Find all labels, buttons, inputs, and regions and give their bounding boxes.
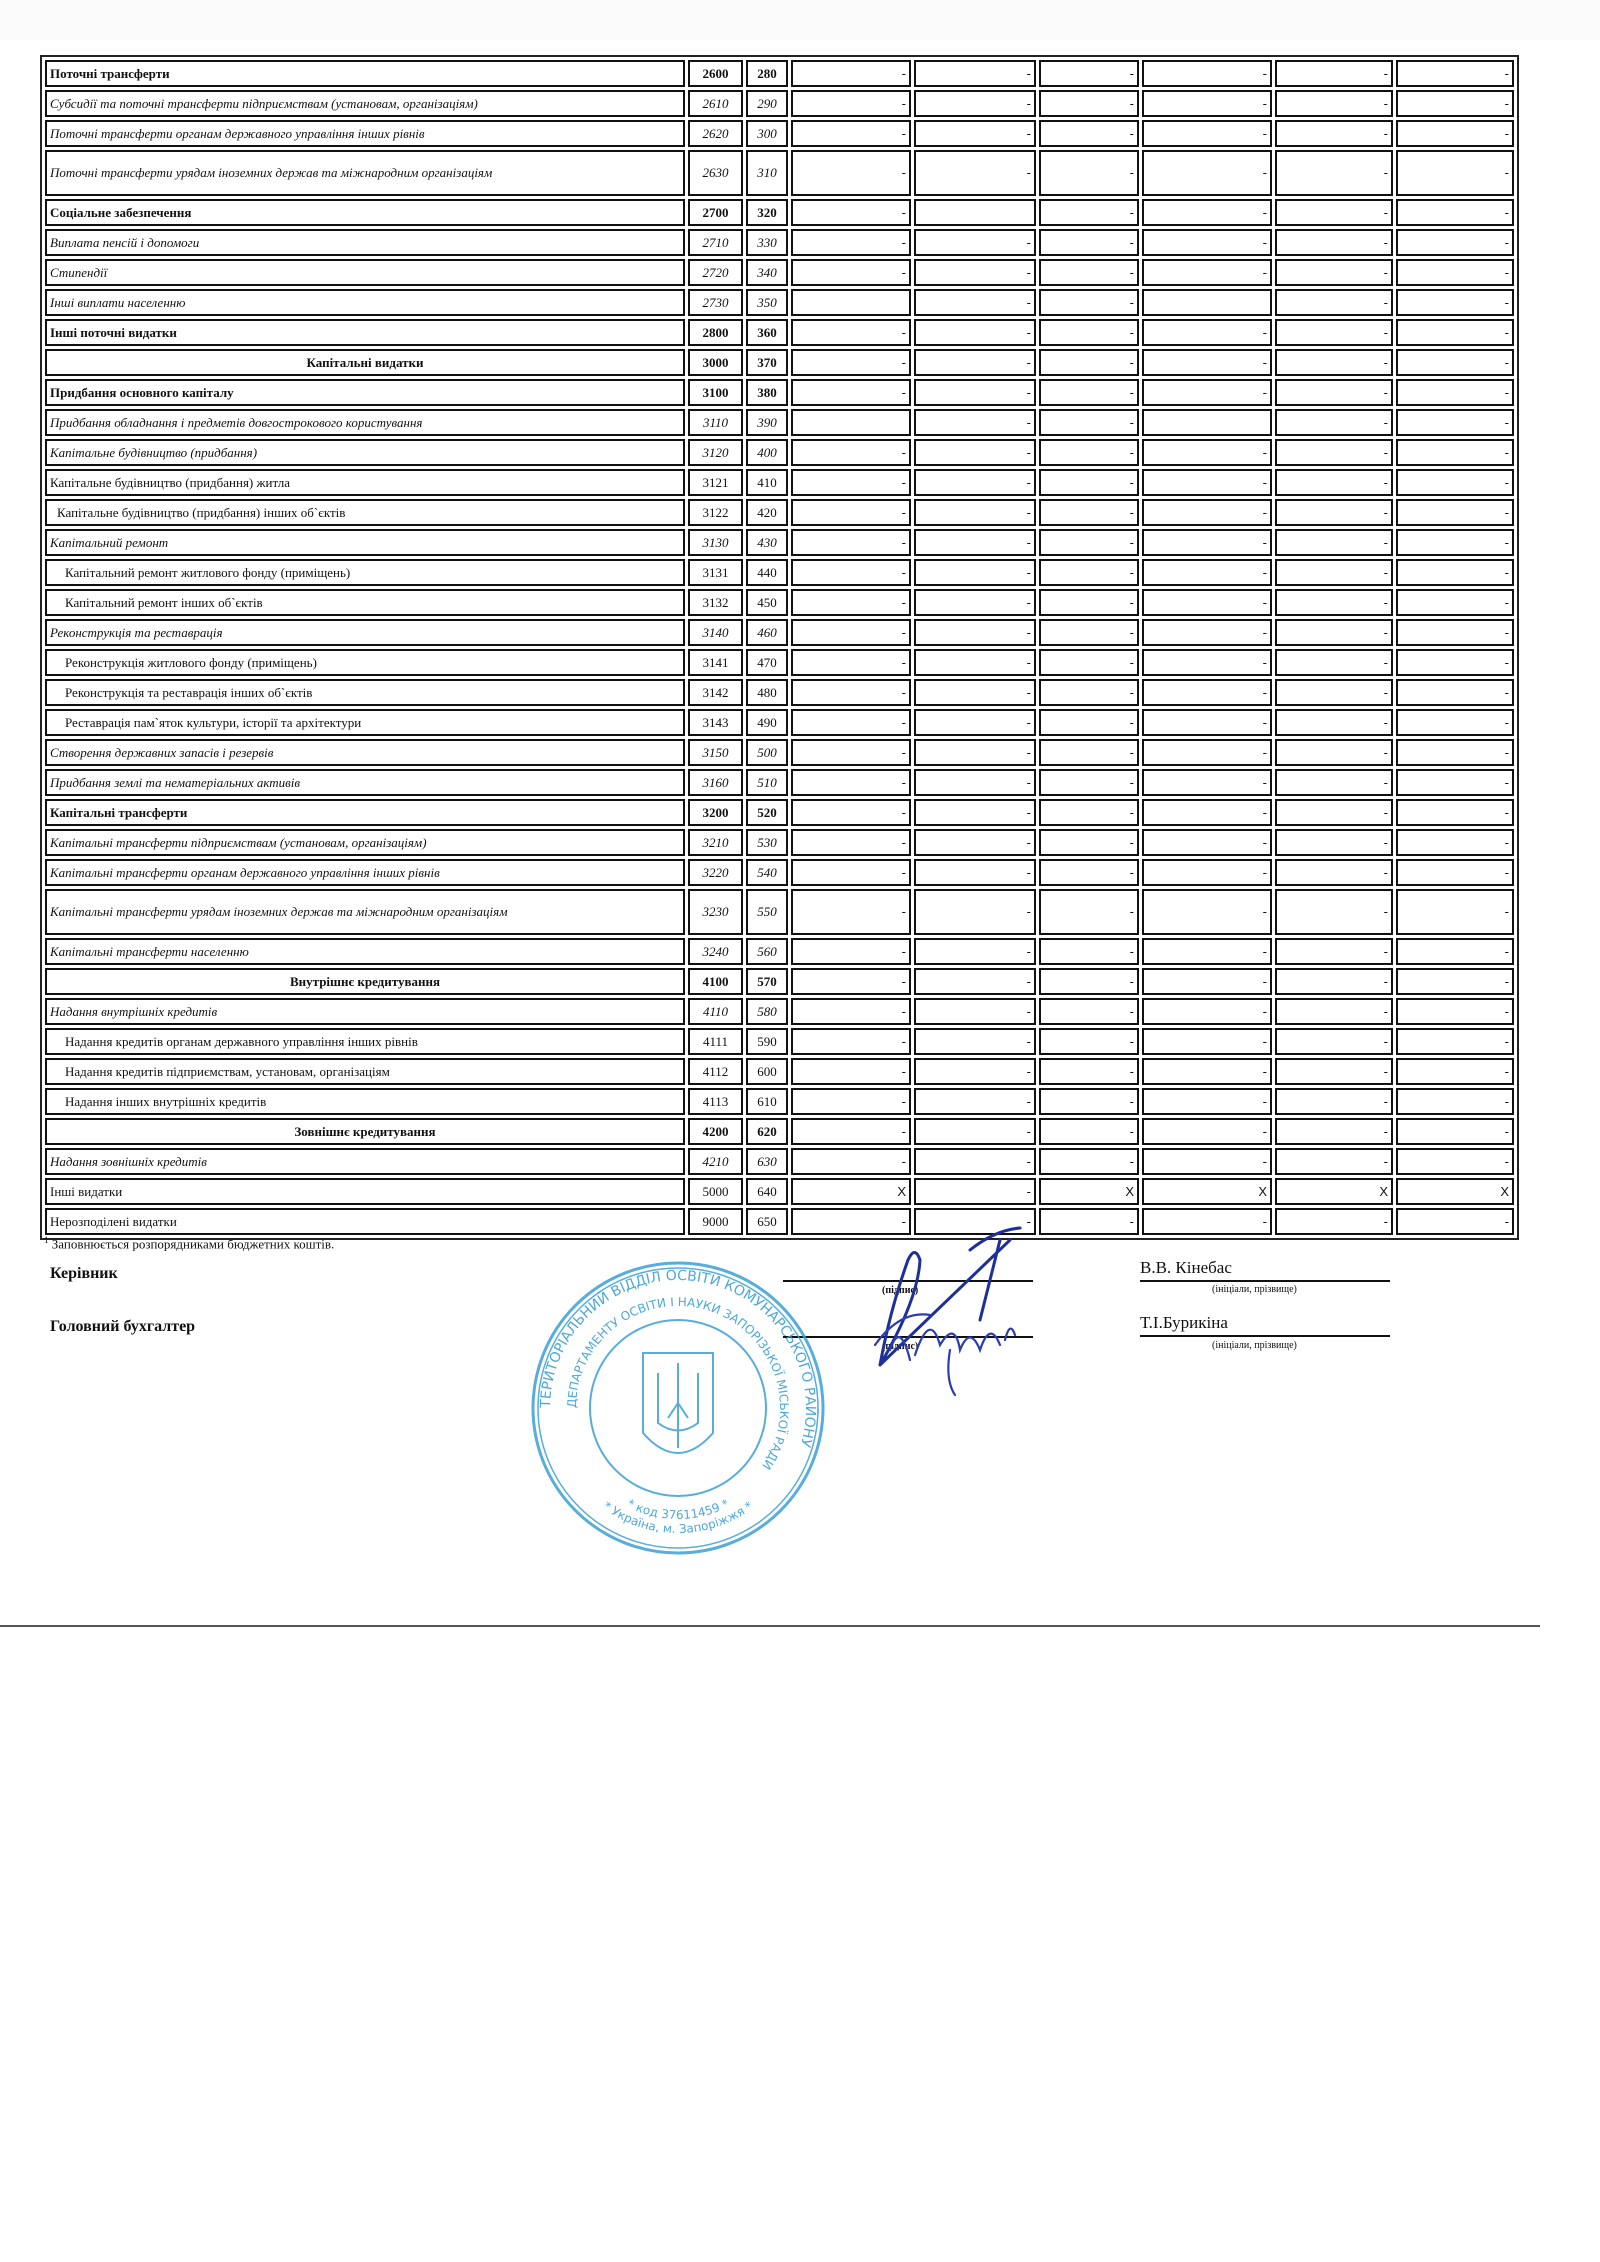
value-cell: - <box>1275 968 1393 995</box>
value-cell: - <box>1396 289 1514 316</box>
row-line-number: 480 <box>746 679 788 706</box>
row-code: 3121 <box>688 469 743 496</box>
table-row: Капітальне будівництво (придбання)312040… <box>45 439 1514 466</box>
value-cell: - <box>1275 120 1393 147</box>
value-cell: - <box>914 679 1036 706</box>
row-line-number: 510 <box>746 769 788 796</box>
value-cell: - <box>1396 589 1514 616</box>
scan-bottom-edge <box>0 1625 1540 1627</box>
value-cell: - <box>914 90 1036 117</box>
row-code: 4200 <box>688 1118 743 1145</box>
value-cell: - <box>1275 1118 1393 1145</box>
value-cell: - <box>1142 379 1272 406</box>
value-cell: - <box>1142 439 1272 466</box>
row-code: 3240 <box>688 938 743 965</box>
row-label: Поточні трансферти урядам іноземних держ… <box>45 150 685 196</box>
row-label: Створення державних запасів і резервів <box>45 739 685 766</box>
value-cell: - <box>914 889 1036 935</box>
value-cell: - <box>1396 938 1514 965</box>
value-cell: - <box>914 120 1036 147</box>
row-line-number: 290 <box>746 90 788 117</box>
value-cell: - <box>1275 1148 1393 1175</box>
value-cell: - <box>1396 739 1514 766</box>
row-line-number: 460 <box>746 619 788 646</box>
value-cell: - <box>1396 379 1514 406</box>
footnote: 1 Заповнюється розпорядниками бюджетних … <box>44 1235 334 1252</box>
row-line-number: 450 <box>746 589 788 616</box>
table-row: Капітальні трансферти населенню3240560--… <box>45 938 1514 965</box>
value-cell: - <box>1396 60 1514 87</box>
value-cell: - <box>914 60 1036 87</box>
row-label: Надання кредитів підприємствам, установа… <box>45 1058 685 1085</box>
value-cell: - <box>1275 889 1393 935</box>
row-code: 5000 <box>688 1178 743 1205</box>
value-cell: - <box>1039 649 1139 676</box>
value-cell: - <box>1039 619 1139 646</box>
row-code: 3220 <box>688 859 743 886</box>
value-cell: - <box>791 1058 911 1085</box>
row-code: 4112 <box>688 1058 743 1085</box>
row-label: Виплата пенсій і допомоги <box>45 229 685 256</box>
value-cell <box>791 409 911 436</box>
value-cell: - <box>1039 1148 1139 1175</box>
row-code: 3140 <box>688 619 743 646</box>
value-cell: - <box>1039 409 1139 436</box>
value-cell <box>1142 409 1272 436</box>
table-row: Створення державних запасів і резервів31… <box>45 739 1514 766</box>
value-cell: - <box>1039 499 1139 526</box>
row-label: Капітальні трансферти населенню <box>45 938 685 965</box>
row-code: 4210 <box>688 1148 743 1175</box>
table-row: Капітальні трансферти3200520------ <box>45 799 1514 826</box>
row-line-number: 540 <box>746 859 788 886</box>
row-label: Капітальні трансферти органам державного… <box>45 859 685 886</box>
value-cell: - <box>1275 619 1393 646</box>
row-code: 3120 <box>688 439 743 466</box>
value-cell: - <box>914 349 1036 376</box>
value-cell: - <box>1275 1058 1393 1085</box>
value-cell: - <box>1275 589 1393 616</box>
value-cell: - <box>1142 649 1272 676</box>
row-line-number: 300 <box>746 120 788 147</box>
value-cell: - <box>1142 1088 1272 1115</box>
row-code: 3110 <box>688 409 743 436</box>
value-cell: - <box>1396 229 1514 256</box>
row-line-number: 380 <box>746 379 788 406</box>
row-code: 2800 <box>688 319 743 346</box>
value-cell: - <box>1142 968 1272 995</box>
table-row: Реконструкція та реставрація інших об`єк… <box>45 679 1514 706</box>
value-cell: - <box>914 559 1036 586</box>
row-label: Надання внутрішніх кредитів <box>45 998 685 1025</box>
value-cell: - <box>1275 409 1393 436</box>
row-line-number: 560 <box>746 938 788 965</box>
row-label: Інші виплати населенню <box>45 289 685 316</box>
value-cell: - <box>791 769 911 796</box>
row-line-number: 630 <box>746 1148 788 1175</box>
value-cell: - <box>1275 799 1393 826</box>
value-cell: - <box>914 229 1036 256</box>
row-code: 9000 <box>688 1208 743 1235</box>
table-row: Капітальне будівництво (придбання) інших… <box>45 499 1514 526</box>
value-cell: - <box>914 1088 1036 1115</box>
value-cell: - <box>1142 1058 1272 1085</box>
value-cell: X <box>1039 1178 1139 1205</box>
value-cell: - <box>914 829 1036 856</box>
row-line-number: 360 <box>746 319 788 346</box>
value-cell: - <box>1275 60 1393 87</box>
value-cell: - <box>791 120 911 147</box>
row-line-number: 350 <box>746 289 788 316</box>
row-label: Поточні трансферти <box>45 60 685 87</box>
value-cell: - <box>1142 529 1272 556</box>
head-role-label: Керівник <box>50 1265 118 1283</box>
value-cell: - <box>1142 319 1272 346</box>
row-label: Субсидії та поточні трансферти підприємс… <box>45 90 685 117</box>
value-cell: - <box>1396 499 1514 526</box>
value-cell: - <box>1142 499 1272 526</box>
row-label: Зовнішнє кредитування <box>45 1118 685 1145</box>
table-row: Поточні трансферти урядам іноземних держ… <box>45 150 1514 196</box>
value-cell: - <box>1396 619 1514 646</box>
row-label: Стипендії <box>45 259 685 286</box>
row-code: 2630 <box>688 150 743 196</box>
table-row: Капітальний ремонт3130430------ <box>45 529 1514 556</box>
table-row: Внутрішнє кредитування4100570------ <box>45 968 1514 995</box>
value-cell: - <box>1275 150 1393 196</box>
row-line-number: 550 <box>746 889 788 935</box>
row-line-number: 440 <box>746 559 788 586</box>
value-cell: - <box>1396 529 1514 556</box>
row-code: 3130 <box>688 529 743 556</box>
value-cell: - <box>1142 889 1272 935</box>
value-cell: - <box>1039 60 1139 87</box>
value-cell: - <box>1275 229 1393 256</box>
row-label: Соціальне забезпечення <box>45 199 685 226</box>
value-cell: - <box>1396 649 1514 676</box>
table-row: Стипендії2720340------ <box>45 259 1514 286</box>
row-code: 3100 <box>688 379 743 406</box>
value-cell: X <box>1396 1178 1514 1205</box>
table-row: Капітальні трансферти органам державного… <box>45 859 1514 886</box>
table-row: Придбання основного капіталу3100380-----… <box>45 379 1514 406</box>
row-label: Нерозподілені видатки <box>45 1208 685 1235</box>
table-row: Інші поточні видатки2800360------ <box>45 319 1514 346</box>
row-label: Капітальний ремонт житлового фонду (прим… <box>45 559 685 586</box>
value-cell: X <box>1142 1178 1272 1205</box>
value-cell: - <box>1396 799 1514 826</box>
value-cell: - <box>1396 199 1514 226</box>
value-cell: X <box>1275 1178 1393 1205</box>
table-row: Придбання обладнання і предметів довгост… <box>45 409 1514 436</box>
value-cell: - <box>914 469 1036 496</box>
value-cell: - <box>791 938 911 965</box>
row-label: Реконструкція та реставрація <box>45 619 685 646</box>
value-cell: - <box>1039 589 1139 616</box>
value-cell: - <box>791 559 911 586</box>
row-code: 3141 <box>688 649 743 676</box>
value-cell: - <box>791 829 911 856</box>
row-label: Надання кредитів органам державного упра… <box>45 1028 685 1055</box>
row-label: Капітальні видатки <box>45 349 685 376</box>
row-code: 2620 <box>688 120 743 147</box>
value-cell: - <box>1275 289 1393 316</box>
table-row: Реконструкція житлового фонду (приміщень… <box>45 649 1514 676</box>
row-label: Капітальні трансферти підприємствам (уст… <box>45 829 685 856</box>
value-cell: - <box>791 889 911 935</box>
row-label: Капітальні трансферти урядам іноземних д… <box>45 889 685 935</box>
value-cell: - <box>1039 319 1139 346</box>
scan-top-edge <box>0 0 1600 40</box>
value-cell: - <box>1039 559 1139 586</box>
value-cell: - <box>1275 439 1393 466</box>
value-cell: - <box>791 709 911 736</box>
value-cell: - <box>1039 439 1139 466</box>
value-cell: - <box>1039 379 1139 406</box>
value-cell: - <box>791 799 911 826</box>
table-row: Надання внутрішніх кредитів4110580------ <box>45 998 1514 1025</box>
value-cell: - <box>1039 1058 1139 1085</box>
row-line-number: 320 <box>746 199 788 226</box>
row-code: 3000 <box>688 349 743 376</box>
row-line-number: 650 <box>746 1208 788 1235</box>
value-cell: - <box>1039 938 1139 965</box>
value-cell: - <box>791 739 911 766</box>
value-cell: - <box>1039 529 1139 556</box>
row-line-number: 340 <box>746 259 788 286</box>
value-cell: - <box>1275 709 1393 736</box>
value-cell: - <box>1396 859 1514 886</box>
head-name: В.В. Кінебас <box>1140 1258 1232 1278</box>
value-cell: - <box>1275 199 1393 226</box>
value-cell: - <box>1039 469 1139 496</box>
value-cell: - <box>791 1148 911 1175</box>
value-cell: - <box>1142 589 1272 616</box>
table-row: Надання кредитів органам державного упра… <box>45 1028 1514 1055</box>
value-cell: - <box>1396 469 1514 496</box>
value-cell: - <box>1275 739 1393 766</box>
row-code: 2700 <box>688 199 743 226</box>
value-cell: - <box>1396 998 1514 1025</box>
row-label: Капітальне будівництво (придбання) інших… <box>45 499 685 526</box>
value-cell: - <box>791 1088 911 1115</box>
row-label: Придбання основного капіталу <box>45 379 685 406</box>
table-row: Надання кредитів підприємствам, установа… <box>45 1058 1514 1085</box>
value-cell: - <box>1039 859 1139 886</box>
value-cell: - <box>791 349 911 376</box>
row-label: Придбання землі та нематеріальних активі… <box>45 769 685 796</box>
row-line-number: 420 <box>746 499 788 526</box>
row-label: Реконструкція житлового фонду (приміщень… <box>45 649 685 676</box>
value-cell: - <box>791 859 911 886</box>
value-cell: - <box>1396 709 1514 736</box>
value-cell: - <box>1142 769 1272 796</box>
row-line-number: 530 <box>746 829 788 856</box>
row-code: 4111 <box>688 1028 743 1055</box>
row-line-number: 330 <box>746 229 788 256</box>
row-code: 2730 <box>688 289 743 316</box>
value-cell: - <box>1275 319 1393 346</box>
value-cell: - <box>791 649 911 676</box>
expenditure-table: Поточні трансферти2600280------Субсидії … <box>40 55 1519 1240</box>
row-code: 3210 <box>688 829 743 856</box>
row-line-number: 470 <box>746 649 788 676</box>
table-row: Зовнішнє кредитування4200620------ <box>45 1118 1514 1145</box>
table-row: Інші видатки5000640X-XXXX <box>45 1178 1514 1205</box>
value-cell: - <box>791 319 911 346</box>
row-line-number: 640 <box>746 1178 788 1205</box>
table-row: Інші виплати населенню2730350---- <box>45 289 1514 316</box>
row-line-number: 590 <box>746 1028 788 1055</box>
value-cell: - <box>1396 439 1514 466</box>
table-row: Поточні трансферти2600280------ <box>45 60 1514 87</box>
value-cell: - <box>1142 469 1272 496</box>
value-cell: - <box>1142 829 1272 856</box>
value-cell: - <box>791 529 911 556</box>
value-cell: - <box>791 1028 911 1055</box>
value-cell: - <box>914 379 1036 406</box>
value-cell: - <box>914 1148 1036 1175</box>
value-cell: - <box>1142 349 1272 376</box>
row-line-number: 520 <box>746 799 788 826</box>
value-cell: - <box>1396 409 1514 436</box>
row-line-number: 370 <box>746 349 788 376</box>
value-cell: - <box>1039 1088 1139 1115</box>
value-cell: - <box>1275 1208 1393 1235</box>
value-cell: - <box>914 589 1036 616</box>
row-line-number: 400 <box>746 439 788 466</box>
row-code: 4113 <box>688 1088 743 1115</box>
value-cell: - <box>914 968 1036 995</box>
head-name-line <box>1140 1280 1390 1282</box>
value-cell: - <box>1396 1028 1514 1055</box>
value-cell: - <box>1275 769 1393 796</box>
row-label: Реконструкція та реставрація інших об`єк… <box>45 679 685 706</box>
value-cell: - <box>1142 739 1272 766</box>
value-cell: - <box>914 150 1036 196</box>
value-cell: - <box>914 649 1036 676</box>
value-cell: - <box>1275 829 1393 856</box>
value-cell: - <box>1142 1148 1272 1175</box>
value-cell: - <box>914 319 1036 346</box>
value-cell: - <box>1275 499 1393 526</box>
value-cell: - <box>1142 1028 1272 1055</box>
row-label: Надання зовнішніх кредитів <box>45 1148 685 1175</box>
value-cell: - <box>1396 1088 1514 1115</box>
value-cell: - <box>791 379 911 406</box>
value-cell: - <box>914 998 1036 1025</box>
value-cell: - <box>1275 259 1393 286</box>
value-cell: - <box>1142 679 1272 706</box>
value-cell: - <box>1275 469 1393 496</box>
value-cell: - <box>791 60 911 87</box>
row-label: Інші поточні видатки <box>45 319 685 346</box>
value-cell: - <box>1142 938 1272 965</box>
official-stamp: ТЕРИТОРІАЛЬНИЙ ВІДДІЛ ОСВІТИ КОМУНАРСЬКО… <box>528 1258 828 1558</box>
row-label: Придбання обладнання і предметів довгост… <box>45 409 685 436</box>
value-cell: - <box>1039 769 1139 796</box>
value-cell: - <box>1142 1208 1272 1235</box>
value-cell: - <box>1039 709 1139 736</box>
row-line-number: 580 <box>746 998 788 1025</box>
row-line-number: 570 <box>746 968 788 995</box>
value-cell: - <box>914 439 1036 466</box>
value-cell: - <box>914 1058 1036 1085</box>
value-cell: - <box>1142 559 1272 586</box>
value-cell: - <box>914 1028 1036 1055</box>
row-label: Інші видатки <box>45 1178 685 1205</box>
row-line-number: 430 <box>746 529 788 556</box>
value-cell: - <box>791 589 911 616</box>
value-cell: - <box>1275 679 1393 706</box>
value-cell: - <box>1396 90 1514 117</box>
value-cell: - <box>1039 889 1139 935</box>
row-label: Реставрація пам`яток культури, історії т… <box>45 709 685 736</box>
value-cell: - <box>1396 349 1514 376</box>
value-cell: - <box>1039 1028 1139 1055</box>
value-cell: - <box>1142 120 1272 147</box>
value-cell: - <box>1039 90 1139 117</box>
value-cell: - <box>914 769 1036 796</box>
value-cell: - <box>791 439 911 466</box>
value-cell: - <box>1142 799 1272 826</box>
row-line-number: 410 <box>746 469 788 496</box>
row-code: 2720 <box>688 259 743 286</box>
value-cell: - <box>791 90 911 117</box>
value-cell: - <box>914 709 1036 736</box>
accountant-name-caption: (ініціали, прізвище) <box>1212 1340 1297 1351</box>
accountant-name: Т.І.Бурикіна <box>1140 1313 1228 1333</box>
accountant-role-label: Головний бухгалтер <box>50 1318 195 1336</box>
row-code: 2610 <box>688 90 743 117</box>
value-cell: - <box>1275 998 1393 1025</box>
trident-emblem-icon <box>643 1353 713 1453</box>
value-cell: - <box>791 619 911 646</box>
row-code: 3150 <box>688 739 743 766</box>
value-cell: - <box>914 619 1036 646</box>
value-cell: - <box>1142 859 1272 886</box>
value-cell: - <box>1396 1118 1514 1145</box>
value-cell: - <box>791 259 911 286</box>
row-label: Капітальне будівництво (придбання) житла <box>45 469 685 496</box>
value-cell: - <box>1142 259 1272 286</box>
value-cell: - <box>1142 199 1272 226</box>
row-label: Поточні трансферти органам державного уп… <box>45 120 685 147</box>
value-cell: - <box>1142 998 1272 1025</box>
row-label: Капітальні трансферти <box>45 799 685 826</box>
value-cell: - <box>1039 739 1139 766</box>
table-row: Виплата пенсій і допомоги2710330------ <box>45 229 1514 256</box>
value-cell: - <box>1275 529 1393 556</box>
value-cell: - <box>791 679 911 706</box>
value-cell: - <box>1396 829 1514 856</box>
value-cell: - <box>791 499 911 526</box>
row-code: 3132 <box>688 589 743 616</box>
value-cell: - <box>1039 679 1139 706</box>
value-cell: - <box>1142 150 1272 196</box>
table-row: Надання зовнішніх кредитів4210630------ <box>45 1148 1514 1175</box>
value-cell: - <box>1039 968 1139 995</box>
value-cell: - <box>791 199 911 226</box>
value-cell: - <box>914 259 1036 286</box>
row-code: 3200 <box>688 799 743 826</box>
value-cell: - <box>1396 259 1514 286</box>
value-cell: - <box>1142 619 1272 646</box>
value-cell: - <box>1275 1028 1393 1055</box>
value-cell: - <box>914 799 1036 826</box>
row-code: 3131 <box>688 559 743 586</box>
row-code: 2710 <box>688 229 743 256</box>
